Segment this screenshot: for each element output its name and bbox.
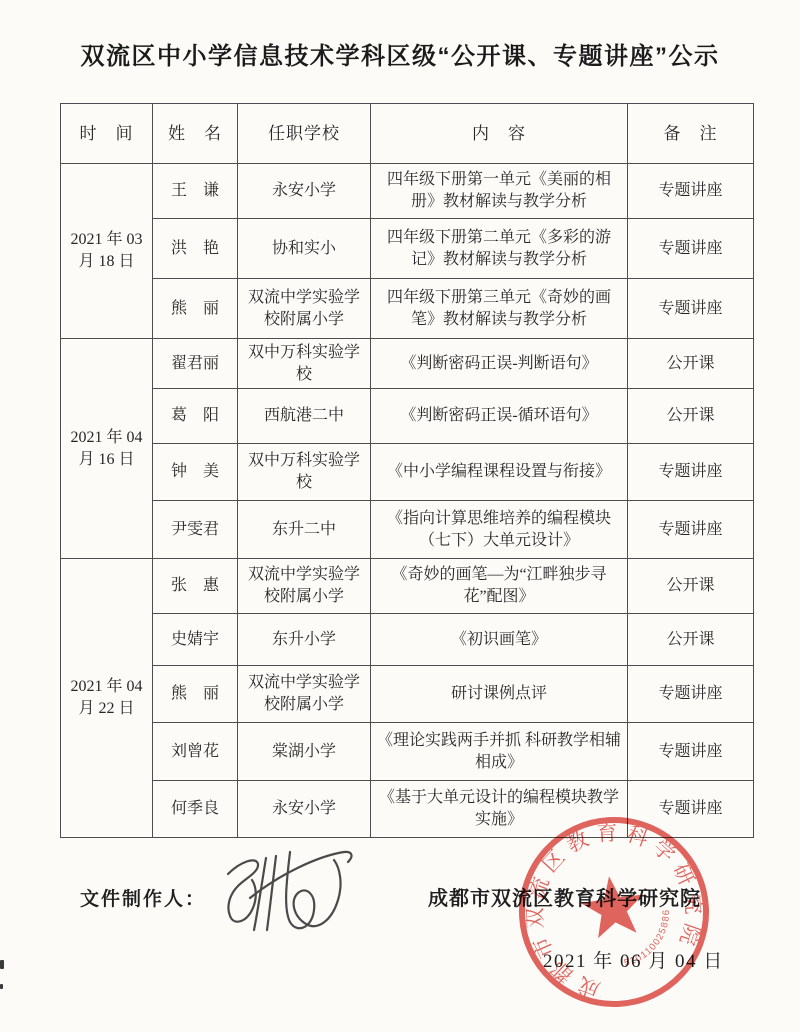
content-cell: 《初识画笔》 (371, 614, 628, 666)
table-row: 史婧宇东升小学《初识画笔》公开课 (61, 614, 754, 666)
schedule-table: 时 间姓 名任职学校内 容备 注 2021 年 03 月 18 日王 谦永安小学… (60, 103, 754, 838)
time-cell: 2021 年 04 月 22 日 (61, 559, 153, 838)
column-header: 姓 名 (153, 104, 238, 164)
school-cell: 西航港二中 (238, 389, 371, 444)
signature (200, 840, 360, 945)
table-row: 2021 年 04 月 22 日张 惠双流中学实验学校附属小学《奇妙的画笔—为“… (61, 559, 754, 614)
table-row: 尹雯君东升二中《指向计算思维培养的编程模块（七下）大单元设计》专题讲座 (61, 501, 754, 559)
table-row: 熊 丽双流中学实验学校附属小学研讨课例点评专题讲座 (61, 666, 754, 723)
content-cell: 《判断密码正误-判断语句》 (371, 339, 628, 389)
scan-artifact (0, 984, 3, 989)
content-cell: 四年级下册第一单元《美丽的相册》教材解读与教学分析 (371, 164, 628, 219)
name-cell: 何季良 (153, 781, 238, 838)
table-row: 洪 艳协和实小四年级下册第二单元《多彩的游记》教材解读与教学分析专题讲座 (61, 219, 754, 279)
column-header: 内 容 (371, 104, 628, 164)
table-body: 2021 年 03 月 18 日王 谦永安小学四年级下册第一单元《美丽的相册》教… (61, 164, 754, 838)
name-cell: 刘曾花 (153, 723, 238, 781)
school-cell: 双中万科实验学校 (238, 444, 371, 501)
signature-stroke (228, 860, 258, 921)
school-cell: 永安小学 (238, 164, 371, 219)
name-cell: 洪 艳 (153, 219, 238, 279)
time-cell: 2021 年 04 月 16 日 (61, 339, 153, 559)
school-cell: 双流中学实验学校附属小学 (238, 559, 371, 614)
content-cell: 《理论实践两手并抓 科研教学相辅相成》 (371, 723, 628, 781)
name-cell: 尹雯君 (153, 501, 238, 559)
table-row: 刘曾花棠湖小学《理论实践两手并抓 科研教学相辅相成》专题讲座 (61, 723, 754, 781)
name-cell: 熊 丽 (153, 666, 238, 723)
school-cell: 双中万科实验学校 (238, 339, 371, 389)
school-cell: 永安小学 (238, 781, 371, 838)
content-cell: 研讨课例点评 (371, 666, 628, 723)
note-cell: 专题讲座 (628, 164, 754, 219)
official-seal: 成都市双流区教育科学研究院 510110025886 (514, 812, 714, 1012)
table-row: 2021 年 04 月 16 日翟君丽双中万科实验学校《判断密码正误-判断语句》… (61, 339, 754, 389)
name-cell: 熊 丽 (153, 279, 238, 339)
note-cell: 专题讲座 (628, 723, 754, 781)
note-cell: 专题讲座 (628, 219, 754, 279)
table-row: 熊 丽双流中学实验学校附属小学四年级下册第三单元《奇妙的画笔》教材解读与教学分析… (61, 279, 754, 339)
table-row: 2021 年 03 月 18 日王 谦永安小学四年级下册第一单元《美丽的相册》教… (61, 164, 754, 219)
table-row: 葛 阳西航港二中《判断密码正误-循环语句》公开课 (61, 389, 754, 444)
content-cell: 《指向计算思维培养的编程模块（七下）大单元设计》 (371, 501, 628, 559)
note-cell: 公开课 (628, 389, 754, 444)
name-cell: 史婧宇 (153, 614, 238, 666)
name-cell: 钟 美 (153, 444, 238, 501)
content-cell: 《奇妙的画笔—为“江畔独步寻花”配图》 (371, 559, 628, 614)
note-cell: 专题讲座 (628, 444, 754, 501)
content-cell: 《中小学编程课程设置与衔接》 (371, 444, 628, 501)
school-cell: 棠湖小学 (238, 723, 371, 781)
note-cell: 公开课 (628, 339, 754, 389)
note-cell: 专题讲座 (628, 501, 754, 559)
name-cell: 王 谦 (153, 164, 238, 219)
column-header: 时 间 (61, 104, 153, 164)
note-cell: 专题讲座 (628, 666, 754, 723)
header-row: 时 间姓 名任职学校内 容备 注 (61, 104, 754, 164)
document-page: 双流区中小学信息技术学科区级“公开课、专题讲座”公示 时 间姓 名任职学校内 容… (0, 0, 800, 1032)
name-cell: 葛 阳 (153, 389, 238, 444)
name-cell: 张 惠 (153, 559, 238, 614)
name-cell: 翟君丽 (153, 339, 238, 389)
school-cell: 双流中学实验学校附属小学 (238, 666, 371, 723)
school-cell: 双流中学实验学校附属小学 (238, 279, 371, 339)
content-cell: 四年级下册第三单元《奇妙的画笔》教材解读与教学分析 (371, 279, 628, 339)
column-header: 任职学校 (238, 104, 371, 164)
note-cell: 公开课 (628, 559, 754, 614)
document-maker-label: 文件制作人： (80, 884, 206, 911)
note-cell: 公开课 (628, 614, 754, 666)
content-cell: 四年级下册第二单元《多彩的游记》教材解读与教学分析 (371, 219, 628, 279)
column-header: 备 注 (628, 104, 754, 164)
note-cell: 专题讲座 (628, 279, 754, 339)
signature-stroke (286, 852, 340, 928)
scan-artifact (0, 960, 4, 969)
time-cell: 2021 年 03 月 18 日 (61, 164, 153, 339)
document-title: 双流区中小学信息技术学科区级“公开课、专题讲座”公示 (0, 36, 800, 71)
school-cell: 东升小学 (238, 614, 371, 666)
seal-star-icon (578, 872, 648, 940)
school-cell: 协和实小 (238, 219, 371, 279)
content-cell: 《判断密码正误-循环语句》 (371, 389, 628, 444)
table-row: 钟 美双中万科实验学校《中小学编程课程设置与衔接》专题讲座 (61, 444, 754, 501)
signature-stroke (267, 856, 276, 930)
school-cell: 东升二中 (238, 501, 371, 559)
